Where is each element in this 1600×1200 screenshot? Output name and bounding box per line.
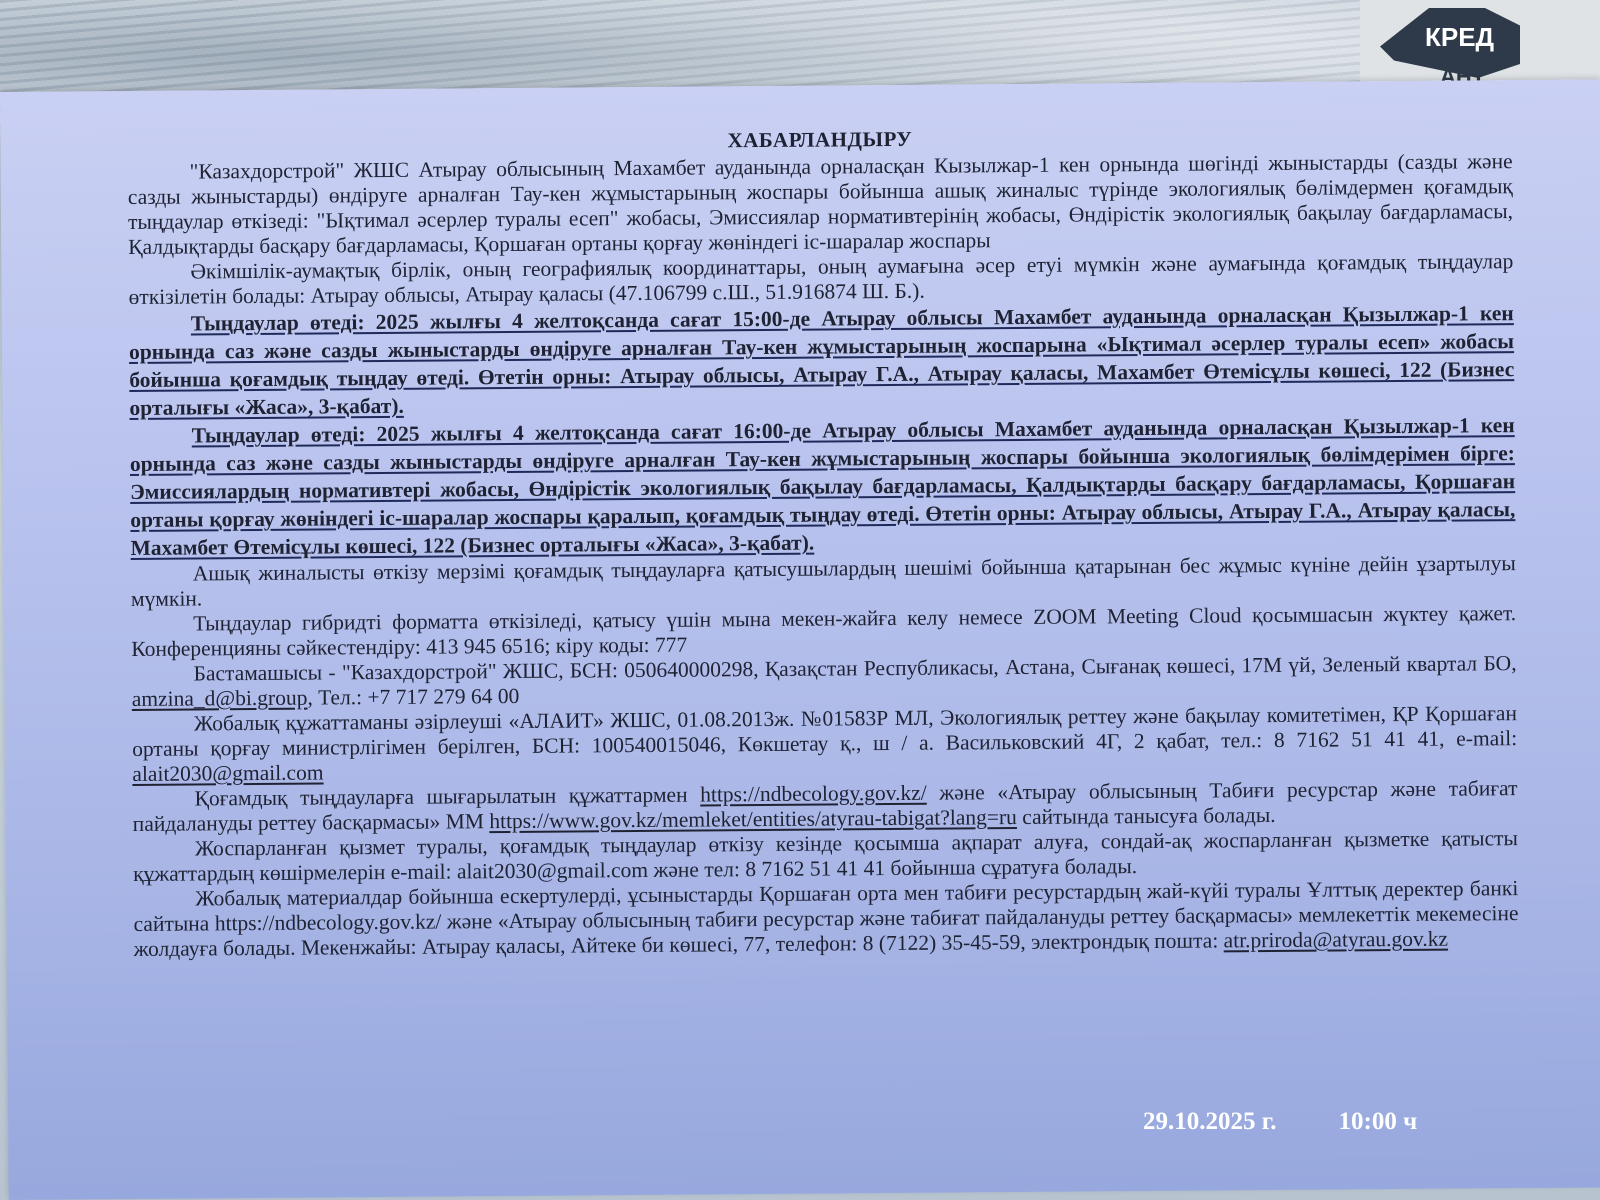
initiator-email-link[interactable]: amzina_d@bi.group bbox=[132, 686, 308, 711]
developer-paragraph: Жобалық құжаттаманы әзірлеуші «АЛАИТ» ЖШ… bbox=[132, 701, 1518, 787]
ndbecology-link[interactable]: https://ndbecology.gov.kz/ bbox=[700, 781, 927, 807]
hearing-1-paragraph: Тыңдаулар өтеді: 2025 жылғы 4 желтоқсанд… bbox=[129, 299, 1515, 422]
photo-timestamp: 29.10.2025 г.10:00 ч bbox=[1143, 1108, 1417, 1136]
documents-text-end: сайтында танысуға болады. bbox=[1017, 803, 1276, 829]
timestamp-time: 10:00 ч bbox=[1339, 1108, 1418, 1135]
intro-paragraph: "Казахдорстрой" ЖШС Атырау облысының Мах… bbox=[128, 149, 1514, 260]
timestamp-date: 29.10.2025 г. bbox=[1143, 1108, 1277, 1135]
initiator-phone: , Тел.: +7 717 279 64 00 bbox=[307, 684, 519, 710]
atr-priroda-email-link[interactable]: atr.priroda@atyrau.gov.kz bbox=[1224, 927, 1449, 953]
notice-paper: ХАБАРЛАНДЫРУ "Казахдорстрой" ЖШС Атырау … bbox=[0, 79, 1600, 1200]
documents-text-start: Қоғамдық тыңдауларға шығарылатын құжатта… bbox=[194, 783, 700, 811]
developer-email-link[interactable]: alait2030@gmail.com bbox=[132, 760, 323, 786]
comments-paragraph: Жобалық материалдар бойынша ескертулерді… bbox=[133, 876, 1519, 962]
hearing-2-paragraph: Тыңдаулар өтеді: 2025 жылғы 4 желтоқсанд… bbox=[130, 411, 1516, 562]
developer-text: Жобалық құжаттаманы әзірлеуші «АЛАИТ» ЖШ… bbox=[132, 701, 1517, 761]
gov-kz-link[interactable]: https://www.gov.kz/memleket/entities/aty… bbox=[489, 805, 1017, 833]
poster-text-top: КРЕД bbox=[1425, 22, 1494, 53]
notice-document: ХАБАРЛАНДЫРУ "Казахдорстрой" ЖШС Атырау … bbox=[127, 122, 1518, 962]
